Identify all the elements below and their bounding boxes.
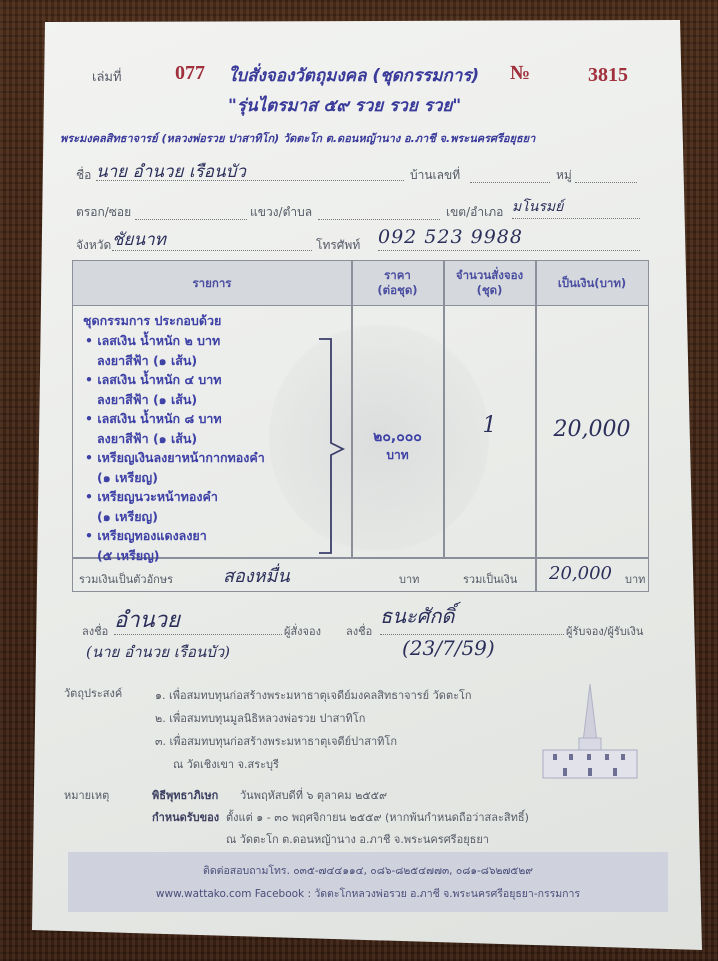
subdistrict-label: แขวง/ตำบล [250, 203, 312, 222]
province-field[interactable]: ชัยนาท [112, 226, 312, 251]
order-table: รายการ ราคา (ต่อชุด) จำนวนสั่งจอง (ชุด) … [72, 260, 649, 592]
district-label: เขต/อำเภอ [446, 203, 503, 222]
total-value[interactable]: 20,000 [549, 563, 612, 584]
item-list: • เลสเงิน น้ำหนัก ๒ บาท ลงยาสีฟ้า (๑ เส้… [85, 331, 265, 565]
purpose-item: ๓. เพื่อสมทบทุนก่อสร้างพระมหาธาตุเจดีย์ป… [155, 730, 472, 753]
book-label: เล่มที่ [92, 66, 122, 87]
subdistrict-field[interactable] [318, 203, 440, 220]
amount-value[interactable]: 20,000 [536, 417, 648, 442]
alley-label: ตรอก/ซอย [76, 203, 131, 222]
baht-label-2: บาท [625, 570, 645, 588]
stupa-illustration-icon [535, 682, 645, 782]
contact-box: ติดต่อสอบถามโทร. ๐๓๕-๗๔๔๑๑๔, ๐๘๖-๘๒๕๔๗๗๓… [68, 852, 668, 912]
pickup-label: กำหนดรับของ [152, 808, 219, 826]
notes-label: หมายเหตุ [64, 786, 109, 804]
ceremony-value: วันพฤหัสบดีที่ ๖ ตุลาคม ๒๕๕๙ [240, 786, 387, 804]
form-subtitle: "รุ่นไตรมาส ๕๙ รวย รวย รวย" [228, 92, 461, 119]
purpose-item: ๑. เพื่อสมทบทุนก่อสร้างพระมหาธาตุเจดีย์ม… [155, 684, 472, 707]
pickup-place: ณ วัดตะโก ต.ดอนหญ้านาง อ.ภาชี จ.พระนครศร… [226, 830, 489, 848]
header-item: รายการ [73, 261, 351, 305]
total-words-label: รวมเงินเป็นตัวอักษร [79, 570, 173, 588]
receiver-date[interactable]: (23/7/59) [402, 636, 495, 660]
receiver-role: ผู้รับจอง/ผู้รับเงิน [566, 622, 643, 640]
header-amount: เป็นเงิน(บาท) [536, 261, 648, 305]
phone-label: โทรศัพท์ [316, 236, 360, 255]
list-item: ลงยาสีฟ้า (๑ เส้น) [85, 390, 265, 410]
quantity-value[interactable]: 1 [444, 413, 535, 438]
province-label: จังหวัด [76, 236, 111, 255]
phone-field[interactable]: 092 523 9988 [378, 226, 640, 251]
brace-icon [313, 337, 353, 557]
issuer-line: พระมงคลสิทธาจารย์ (หลวงพ่อรวย ปาสาทิโก) … [60, 129, 660, 147]
orderer-signature[interactable]: อำนวย [114, 602, 282, 635]
serial-number: 3815 [588, 64, 628, 87]
list-item: ลงยาสีฟ้า (๑ เส้น) [85, 351, 265, 371]
set-title: ชุดกรรมการ ประกอบด้วย [83, 311, 221, 331]
pickup-value: ตั้งแต่ ๑ - ๓๐ พฤศจิกายน ๒๕๕๙ (หากพ้นกำห… [226, 808, 529, 826]
list-item: ลงยาสีฟ้า (๑ เส้น) [85, 429, 265, 449]
list-item: • เหรียญนวะหน้าทองคำ [85, 487, 265, 507]
list-item: • เลสเงิน น้ำหนัก ๘ บาท [85, 409, 265, 429]
contact-web-facebook[interactable]: www.wattako.com Facebook : วัดตะโกหลวงพ่… [68, 885, 668, 902]
district-field[interactable]: มโนรมย์ [512, 196, 640, 219]
list-item: (๑ เหรียญ) [85, 507, 265, 527]
receiver-signature[interactable]: ธนะศักดิ์ [380, 600, 564, 635]
list-item: • เหรียญเงินลงยาหน้ากากทองคำ [85, 448, 265, 468]
book-number: 077 [175, 62, 205, 85]
receiver-sign-label: ลงชื่อ [346, 622, 372, 640]
list-item: • เลสเงิน น้ำหนัก ๔ บาท [85, 370, 265, 390]
house-no-field[interactable] [470, 166, 550, 183]
moo-label: หมู่ [556, 166, 572, 185]
number-sign: № [510, 62, 530, 85]
list-item: (๑ เหรียญ) [85, 468, 265, 488]
ceremony-label: พิธีพุทธาภิเษก [152, 786, 218, 804]
form-title: ใบสั่งจองวัตถุมงคล (ชุดกรรมการ) [228, 62, 479, 89]
contact-phones: ติดต่อสอบถามโทร. ๐๓๕-๗๔๔๑๑๔, ๐๘๖-๘๒๕๔๗๗๓… [68, 862, 668, 879]
purpose-item: ณ วัดเชิงเขา จ.สระบุรี [155, 753, 472, 776]
alley-field[interactable] [135, 203, 247, 220]
list-item: • เลสเงิน น้ำหนัก ๒ บาท [85, 331, 265, 351]
purpose-label: วัตถุประสงค์ [64, 684, 122, 702]
header-quantity: จำนวนสั่งจอง (ชุด) [444, 261, 535, 305]
baht-label: บาท [399, 570, 419, 588]
total-label: รวมเป็นเงิน [463, 570, 517, 588]
name-field[interactable]: นาย อำนวย เรือนบัว [96, 158, 404, 181]
house-no-label: บ้านเลขที่ [410, 166, 460, 185]
price-per-set: ๒๐,๐๐๐ [352, 426, 443, 448]
price-unit: บาท [352, 446, 443, 465]
purpose-item: ๒. เพื่อสมทบทุนมูลนิธิหลวงพ่อรวย ปาสาทิโ… [155, 707, 472, 730]
header-price: ราคา (ต่อชุด) [352, 261, 443, 305]
orderer-printed-name[interactable]: (นาย อำนวย เรือนบัว) [86, 640, 230, 664]
name-label: ชื่อ [76, 166, 91, 185]
total-words-value[interactable]: สองหมื่น [223, 561, 290, 590]
orderer-sign-label: ลงชื่อ [82, 622, 108, 640]
purpose-list: ๑. เพื่อสมทบทุนก่อสร้างพระมหาธาตุเจดีย์ม… [155, 684, 472, 776]
column-divider [443, 261, 445, 557]
moo-field[interactable] [575, 166, 637, 183]
list-item: • เหรียญทองแดงลงยา [85, 526, 265, 546]
orderer-role: ผู้สั่งจอง [284, 622, 321, 640]
